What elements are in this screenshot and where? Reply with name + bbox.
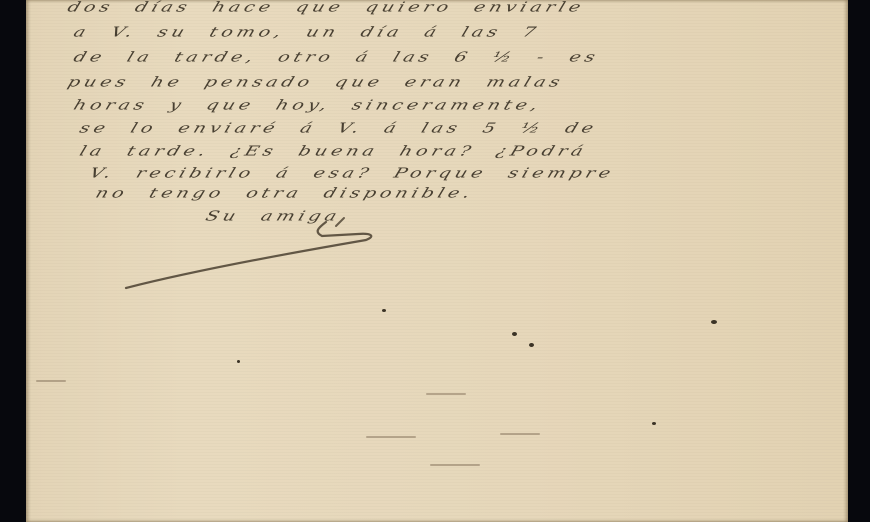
faded-mark	[426, 393, 466, 395]
document-viewer: dos días hace que quiero enviarle a V. s…	[0, 0, 870, 522]
letter-line-4: pues he pensado que eran malas	[65, 74, 566, 90]
faded-mark	[36, 380, 66, 382]
letter-closing: Su amiga	[203, 208, 342, 224]
faded-mark	[366, 436, 416, 438]
ink-speck	[512, 332, 517, 336]
letter-page: dos días hace que quiero enviarle a V. s…	[26, 0, 848, 522]
ink-speck	[382, 309, 386, 312]
letter-line-1: dos días hace que quiero enviarle	[65, 0, 850, 15]
ink-speck	[652, 422, 656, 425]
letter-line-2: a V. su tomo, un día á las 7	[71, 24, 541, 40]
letter-line-8: V. recibirlo á esa? Porque siempre	[87, 165, 616, 181]
letter-line-5: horas y que hoy, sinceramente,	[71, 97, 543, 113]
ink-speck	[237, 360, 240, 363]
ink-speck	[529, 343, 534, 347]
faded-mark	[500, 433, 540, 435]
letter-line-6: se lo enviaré á V. á las 5 ½ de	[77, 120, 599, 136]
letter-line-3: de la tarde, otro á las 6 ½ - es	[71, 49, 601, 65]
ink-speck	[711, 320, 717, 324]
letter-line-9: no tengo otra disponible.	[93, 185, 476, 201]
letter-line-7: la tarde. ¿Es buena hora? ¿Podrá	[77, 143, 589, 159]
faded-mark	[430, 464, 480, 466]
